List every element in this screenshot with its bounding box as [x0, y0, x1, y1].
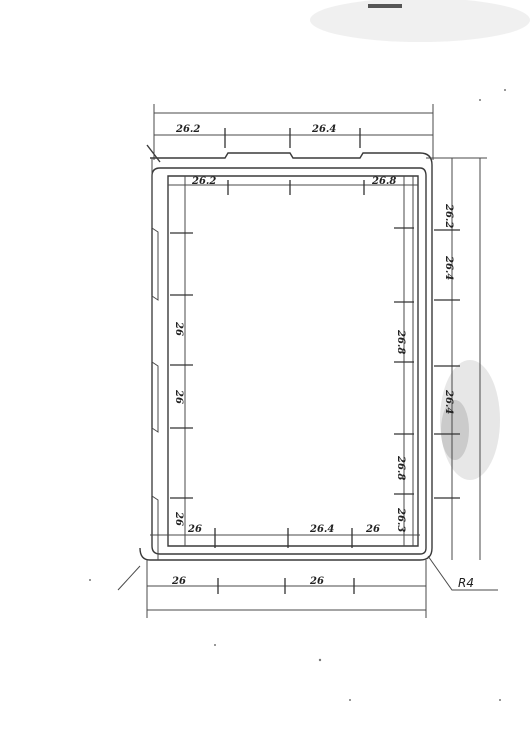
- dim-inner-top-1: 26.2: [191, 176, 216, 187]
- dim-inner-top-2: 26.8: [371, 176, 396, 187]
- scan-noise: [310, 0, 530, 480]
- dim-right-inner-3: 26.3: [395, 507, 406, 532]
- dim-left-1: 26: [173, 321, 184, 336]
- dim-right-2: 26.4: [443, 255, 454, 280]
- dim-bottom-2: 26: [309, 576, 324, 587]
- dim-bottom-inner-1: 26: [187, 524, 202, 535]
- dim-bottom-inner-3: 26: [365, 524, 380, 535]
- dimension-labels: 26.2 26.4 26.2 26.8 26.2 26.4 26.4 26.8 …: [171, 124, 474, 590]
- dim-right-3: 26.4: [443, 389, 454, 414]
- dim-right-inner-2: 26.8: [395, 455, 406, 480]
- dim-right-inner-1: 26.8: [395, 329, 406, 354]
- dim-top-1: 26.2: [175, 124, 200, 135]
- dim-left-2: 26: [173, 389, 184, 404]
- dim-top-2: 26.4: [311, 124, 336, 135]
- radius-label: R4: [458, 576, 474, 590]
- dim-left-3: 26: [173, 511, 184, 526]
- dim-right-1: 26.2: [443, 203, 454, 228]
- dim-bottom-inner-2: 26.4: [309, 524, 334, 535]
- dim-bottom-1: 26: [171, 576, 186, 587]
- drawing-canvas: 26.2 26.4 26.2 26.8 26.2 26.4 26.4 26.8 …: [0, 0, 532, 738]
